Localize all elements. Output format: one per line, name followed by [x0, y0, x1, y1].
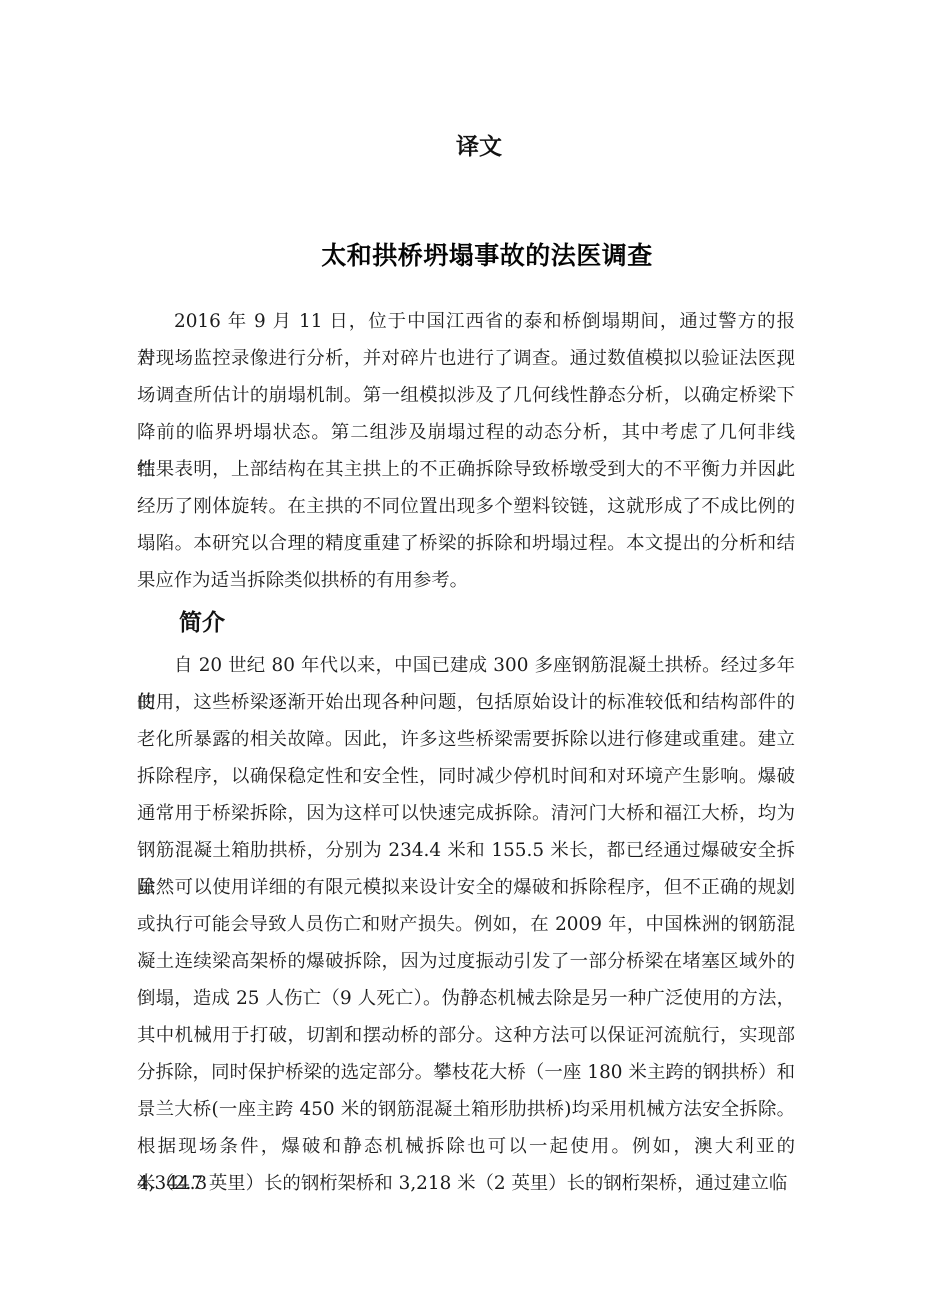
text-line: 凝土连续梁高架桥的爆破拆除，因为过度振动引发了一部分桥梁在堵塞区域外的 — [137, 943, 795, 980]
text-line: 通常用于桥梁拆除，因为这样可以快速完成拆除。清河门大桥和福江大桥，均为 — [137, 795, 795, 832]
text-line: 拆除程序，以确保稳定性和安全性，同时减少停机时间和对环境产生影响。爆破 — [137, 758, 795, 795]
introduction-paragraph: 自 20 世纪 80 年代以来，中国已建成 300 多座钢筋混凝土拱桥。经过多年… — [137, 647, 795, 1202]
section-heading-introduction: 简介 — [137, 606, 225, 640]
text-line: 结果表明，上部结构在其主拱上的不正确拆除导致桥墩受到大的不平衡力并因此 — [137, 451, 795, 488]
text-line: 根据现场条件，爆破和静态机械拆除也可以一起使用。例如，澳大利亚的 4,344.3 — [137, 1128, 795, 1165]
document-page: 译文 太和拱桥坍塌事故的法医调查 2016 年 9 月 11 日，位于中国江西省… — [0, 0, 926, 1309]
text-line: 分拆除，同时保护桥梁的选定部分。攀枝花大桥（一座 180 米主跨的钢拱桥）和 — [137, 1054, 795, 1091]
text-line: 2016 年 9 月 11 日，位于中国江西省的泰和桥倒塌期间，通过警方的报告， — [137, 303, 795, 340]
text-line: 经历了刚体旋转。在主拱的不同位置出现多个塑料铰链，这就形成了不成比例的 — [137, 488, 795, 525]
text-line: 钢筋混凝土箱肋拱桥，分别为 234.4 米和 155.5 米长，都已经通过爆破安… — [137, 832, 795, 869]
text-line: 虽然可以使用详细的有限元模拟来设计安全的爆破和拆除程序，但不正确的规划 — [137, 869, 795, 906]
text-line: 老化所暴露的相关故障。因此，许多这些桥梁需要拆除以进行修建或重建。建立 — [137, 721, 795, 758]
text-line: 自 20 世纪 80 年代以来，中国已建成 300 多座钢筋混凝土拱桥。经过多年… — [137, 647, 795, 684]
text-line: 或执行可能会导致人员伤亡和财产损失。例如，在 2009 年，中国株洲的钢筋混 — [137, 906, 795, 943]
abstract-paragraph: 2016 年 9 月 11 日，位于中国江西省的泰和桥倒塌期间，通过警方的报告，… — [137, 303, 795, 599]
text-line: 使用，这些桥梁逐渐开始出现各种问题，包括原始设计的标准较低和结构部件的 — [137, 684, 795, 721]
text-line: 场调查所估计的崩塌机制。第一组模拟涉及了几何线性静态分析，以确定桥梁下 — [137, 377, 795, 414]
text-line: 米（2.7 英里）长的钢桁架桥和 3,218 米（2 英里）长的钢桁架桥，通过建… — [137, 1165, 795, 1202]
text-line: 景兰大桥(一座主跨 450 米的钢筋混凝土箱形肋拱桥)均采用机械方法安全拆除。 — [137, 1091, 795, 1128]
text-line: 果应作为适当拆除类似拱桥的有用参考。 — [137, 562, 795, 599]
doc-type-label: 译文 — [0, 130, 926, 164]
text-line: 塌陷。本研究以合理的精度重建了桥梁的拆除和坍塌过程。本文提出的分析和结 — [137, 525, 795, 562]
text-line: 对现场监控录像进行分析，并对碎片也进行了调查。通过数值模拟以验证法医现 — [137, 340, 795, 377]
text-line: 其中机械用于打破，切割和摆动桥的部分。这种方法可以保证河流航行，实现部 — [137, 1017, 795, 1054]
text-line: 降前的临界坍塌状态。第二组涉及崩塌过程的动态分析，其中考虑了几何非线性。 — [137, 414, 795, 451]
text-line: 倒塌，造成 25 人伤亡（9 人死亡）。伪静态机械去除是另一种广泛使用的方法， — [137, 980, 795, 1017]
document-title: 太和拱桥坍塌事故的法医调查 — [0, 239, 926, 273]
